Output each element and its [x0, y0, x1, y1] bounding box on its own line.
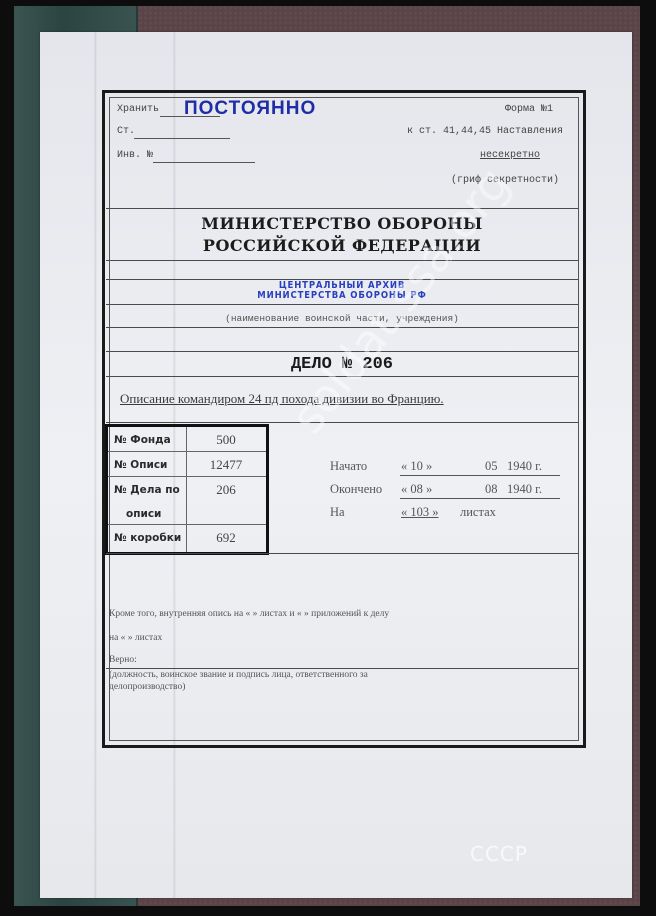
case-cover-form	[102, 90, 586, 748]
ended-month: 08	[485, 482, 498, 497]
delo-label-cont: описи	[126, 508, 161, 520]
inv-underline	[153, 162, 255, 163]
divider	[106, 553, 578, 554]
signature-caption-1: (должность, воинское звание и подпись ли…	[109, 670, 368, 680]
table-row: № коробки 692	[108, 525, 266, 549]
table-row: № Фонда 500	[108, 427, 266, 452]
verified-label: Верно:	[109, 655, 137, 665]
box-value: 692	[186, 530, 266, 546]
form-inner-border	[109, 97, 579, 741]
case-number-title: ДЕЛО № 206	[106, 355, 578, 374]
keep-label: Хранить	[117, 104, 159, 115]
fond-value: 500	[186, 432, 266, 448]
table-row: № Описи 12477	[108, 452, 266, 477]
signature-line	[106, 668, 578, 669]
fond-label: № Фонда	[114, 434, 171, 446]
secrecy-value: несекретно	[480, 150, 540, 161]
ended-year: 1940 г.	[507, 482, 542, 497]
sheets-unit: листах	[460, 505, 496, 520]
delo-value: 206	[186, 482, 266, 498]
started-year: 1940 г.	[507, 459, 542, 474]
internal-inventory-line: Кроме того, внутренняя опись на « » лист…	[109, 609, 389, 619]
ministry-line-1: МИНИСТЕРСТВО ОБОРОНЫ	[106, 214, 578, 233]
divider	[106, 208, 578, 209]
sheets-value: « 103 »	[401, 505, 439, 520]
divider	[106, 260, 578, 261]
divider	[106, 351, 578, 352]
divider	[106, 422, 578, 423]
case-description: Описание командиром 24 пд похода дивизии…	[120, 391, 444, 407]
table-row: № Дела по описи 206	[108, 477, 266, 525]
sheets-label: На	[330, 505, 345, 520]
unit-name-caption: (наименование воинской части, учреждения…	[106, 313, 578, 324]
started-label: Начато	[330, 459, 367, 474]
started-month: 05	[485, 459, 498, 474]
ended-day: « 08 »	[401, 482, 432, 497]
form-number: Форма №1	[505, 104, 553, 115]
box-label: № коробки	[114, 532, 181, 544]
divider	[106, 304, 578, 305]
secrecy-caption: (гриф секретности)	[451, 175, 559, 186]
paper-bottom-embossing: СССР	[470, 842, 528, 866]
ministry-line-2: РОССИЙСКОЙ ФЕДЕРАЦИИ	[106, 236, 578, 255]
archive-stamp-line-2: МИНИСТЕРСТВА ОБОРОНЫ РФ	[141, 290, 542, 301]
started-day: « 10 »	[401, 459, 432, 474]
started-underline	[400, 475, 560, 476]
signature-caption-2: делопроизводство)	[109, 682, 185, 692]
st-underline	[134, 138, 230, 139]
inventory-sheets-line: на « » листах	[109, 633, 162, 643]
divider	[106, 327, 578, 328]
ended-underline	[400, 498, 560, 499]
divider	[106, 376, 578, 377]
inv-label: Инв. №	[117, 150, 153, 161]
registry-table: № Фонда 500 № Описи 12477 № Дела по опис…	[105, 424, 269, 555]
st-label: Ст.	[117, 126, 135, 137]
article-reference: к ст. 41,44,45 Наставления	[407, 126, 563, 137]
opis-value: 12477	[186, 457, 266, 473]
keep-stamp: ПОСТОЯННО	[184, 98, 316, 120]
opis-label: № Описи	[114, 459, 167, 471]
ended-label: Окончено	[330, 482, 382, 497]
delo-label: № Дела по	[114, 484, 180, 496]
